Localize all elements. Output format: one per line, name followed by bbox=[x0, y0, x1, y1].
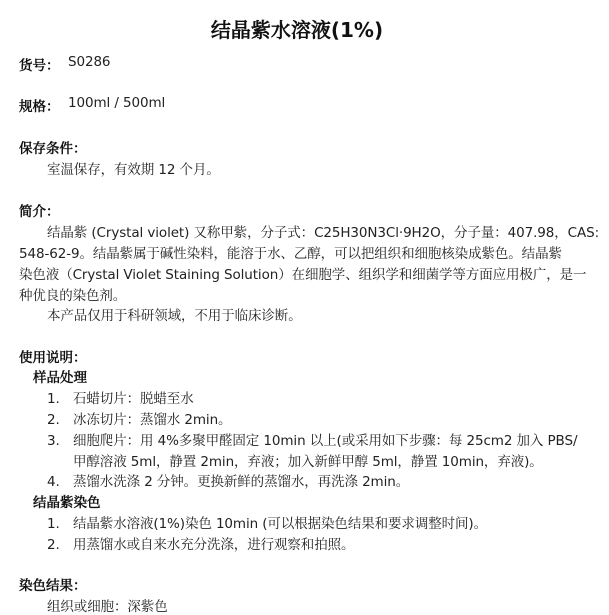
step-text-continued: 甲醇溶液 5ml，静置 2min，弃液；加入新鲜甲醇 5ml，静置 10min，… bbox=[73, 450, 543, 470]
catalog-label: 货号： bbox=[19, 54, 60, 74]
intro-line: 种优良的染色剂。 bbox=[19, 284, 126, 304]
step-number: 2. bbox=[47, 412, 73, 428]
spec-label: 规格： bbox=[19, 95, 60, 115]
intro-heading: 简介： bbox=[19, 200, 60, 220]
sample-step: 1.石蜡切片：脱蜡至水 bbox=[47, 387, 194, 407]
staining-step: 2.用蒸馏水或自来水充分洗涤，进行观察和拍照。 bbox=[47, 533, 354, 553]
catalog-value: S0286 bbox=[68, 54, 110, 70]
result-text: 组织或细胞：深紫色 bbox=[47, 595, 168, 615]
step-text: 结晶紫水溶液(1%)染色 10min (可以根据染色结果和要求调整时间)。 bbox=[73, 516, 487, 532]
storage-text: 室温保存，有效期 12 个月。 bbox=[47, 158, 220, 178]
step-text: 蒸馏水洗涤 2 分钟。更换新鲜的蒸馏水，再洗涤 2min。 bbox=[73, 474, 409, 490]
staining-step: 1.结晶紫水溶液(1%)染色 10min (可以根据染色结果和要求调整时间)。 bbox=[47, 512, 487, 532]
usage-heading: 使用说明： bbox=[19, 346, 87, 366]
step-text: 石蜡切片：脱蜡至水 bbox=[73, 391, 194, 407]
spec-value: 100ml / 500ml bbox=[68, 95, 165, 111]
sample-prep-heading: 样品处理 bbox=[33, 366, 87, 386]
step-number: 3. bbox=[47, 433, 73, 449]
intro-note: 本产品仅用于科研领域，不用于临床诊断。 bbox=[47, 304, 302, 324]
step-number: 1. bbox=[47, 516, 73, 532]
step-text: 用蒸馏水或自来水充分洗涤，进行观察和拍照。 bbox=[73, 537, 354, 553]
page-title: 结晶紫水溶液(1%) bbox=[0, 14, 594, 43]
sample-step: 4.蒸馏水洗涤 2 分钟。更换新鲜的蒸馏水，再洗涤 2min。 bbox=[47, 470, 409, 490]
sample-step: 3.细胞爬片：用 4%多聚甲醛固定 10min 以上(或采用如下步骤：每 25c… bbox=[47, 429, 577, 449]
staining-heading: 结晶紫染色 bbox=[33, 491, 101, 511]
sample-step: 2.冰冻切片：蒸馏水 2min。 bbox=[47, 408, 231, 428]
step-text: 冰冻切片：蒸馏水 2min。 bbox=[73, 412, 231, 428]
step-number: 1. bbox=[47, 391, 73, 407]
intro-line: 548-62-9。结晶紫属于碱性染料，能溶于水、乙醇，可以把组织和细胞核染成紫色… bbox=[19, 242, 562, 262]
storage-heading: 保存条件： bbox=[19, 137, 87, 157]
intro-line: 结晶紫 (Crystal violet) 又称甲紫，分子式：C25H30N3Cl… bbox=[47, 221, 599, 241]
step-number: 4. bbox=[47, 474, 73, 490]
intro-line: 染色液（Crystal Violet Staining Solution）在细胞… bbox=[19, 263, 586, 283]
result-heading: 染色结果： bbox=[19, 574, 87, 594]
step-number: 2. bbox=[47, 537, 73, 553]
step-text: 细胞爬片：用 4%多聚甲醛固定 10min 以上(或采用如下步骤：每 25cm2… bbox=[73, 433, 577, 449]
